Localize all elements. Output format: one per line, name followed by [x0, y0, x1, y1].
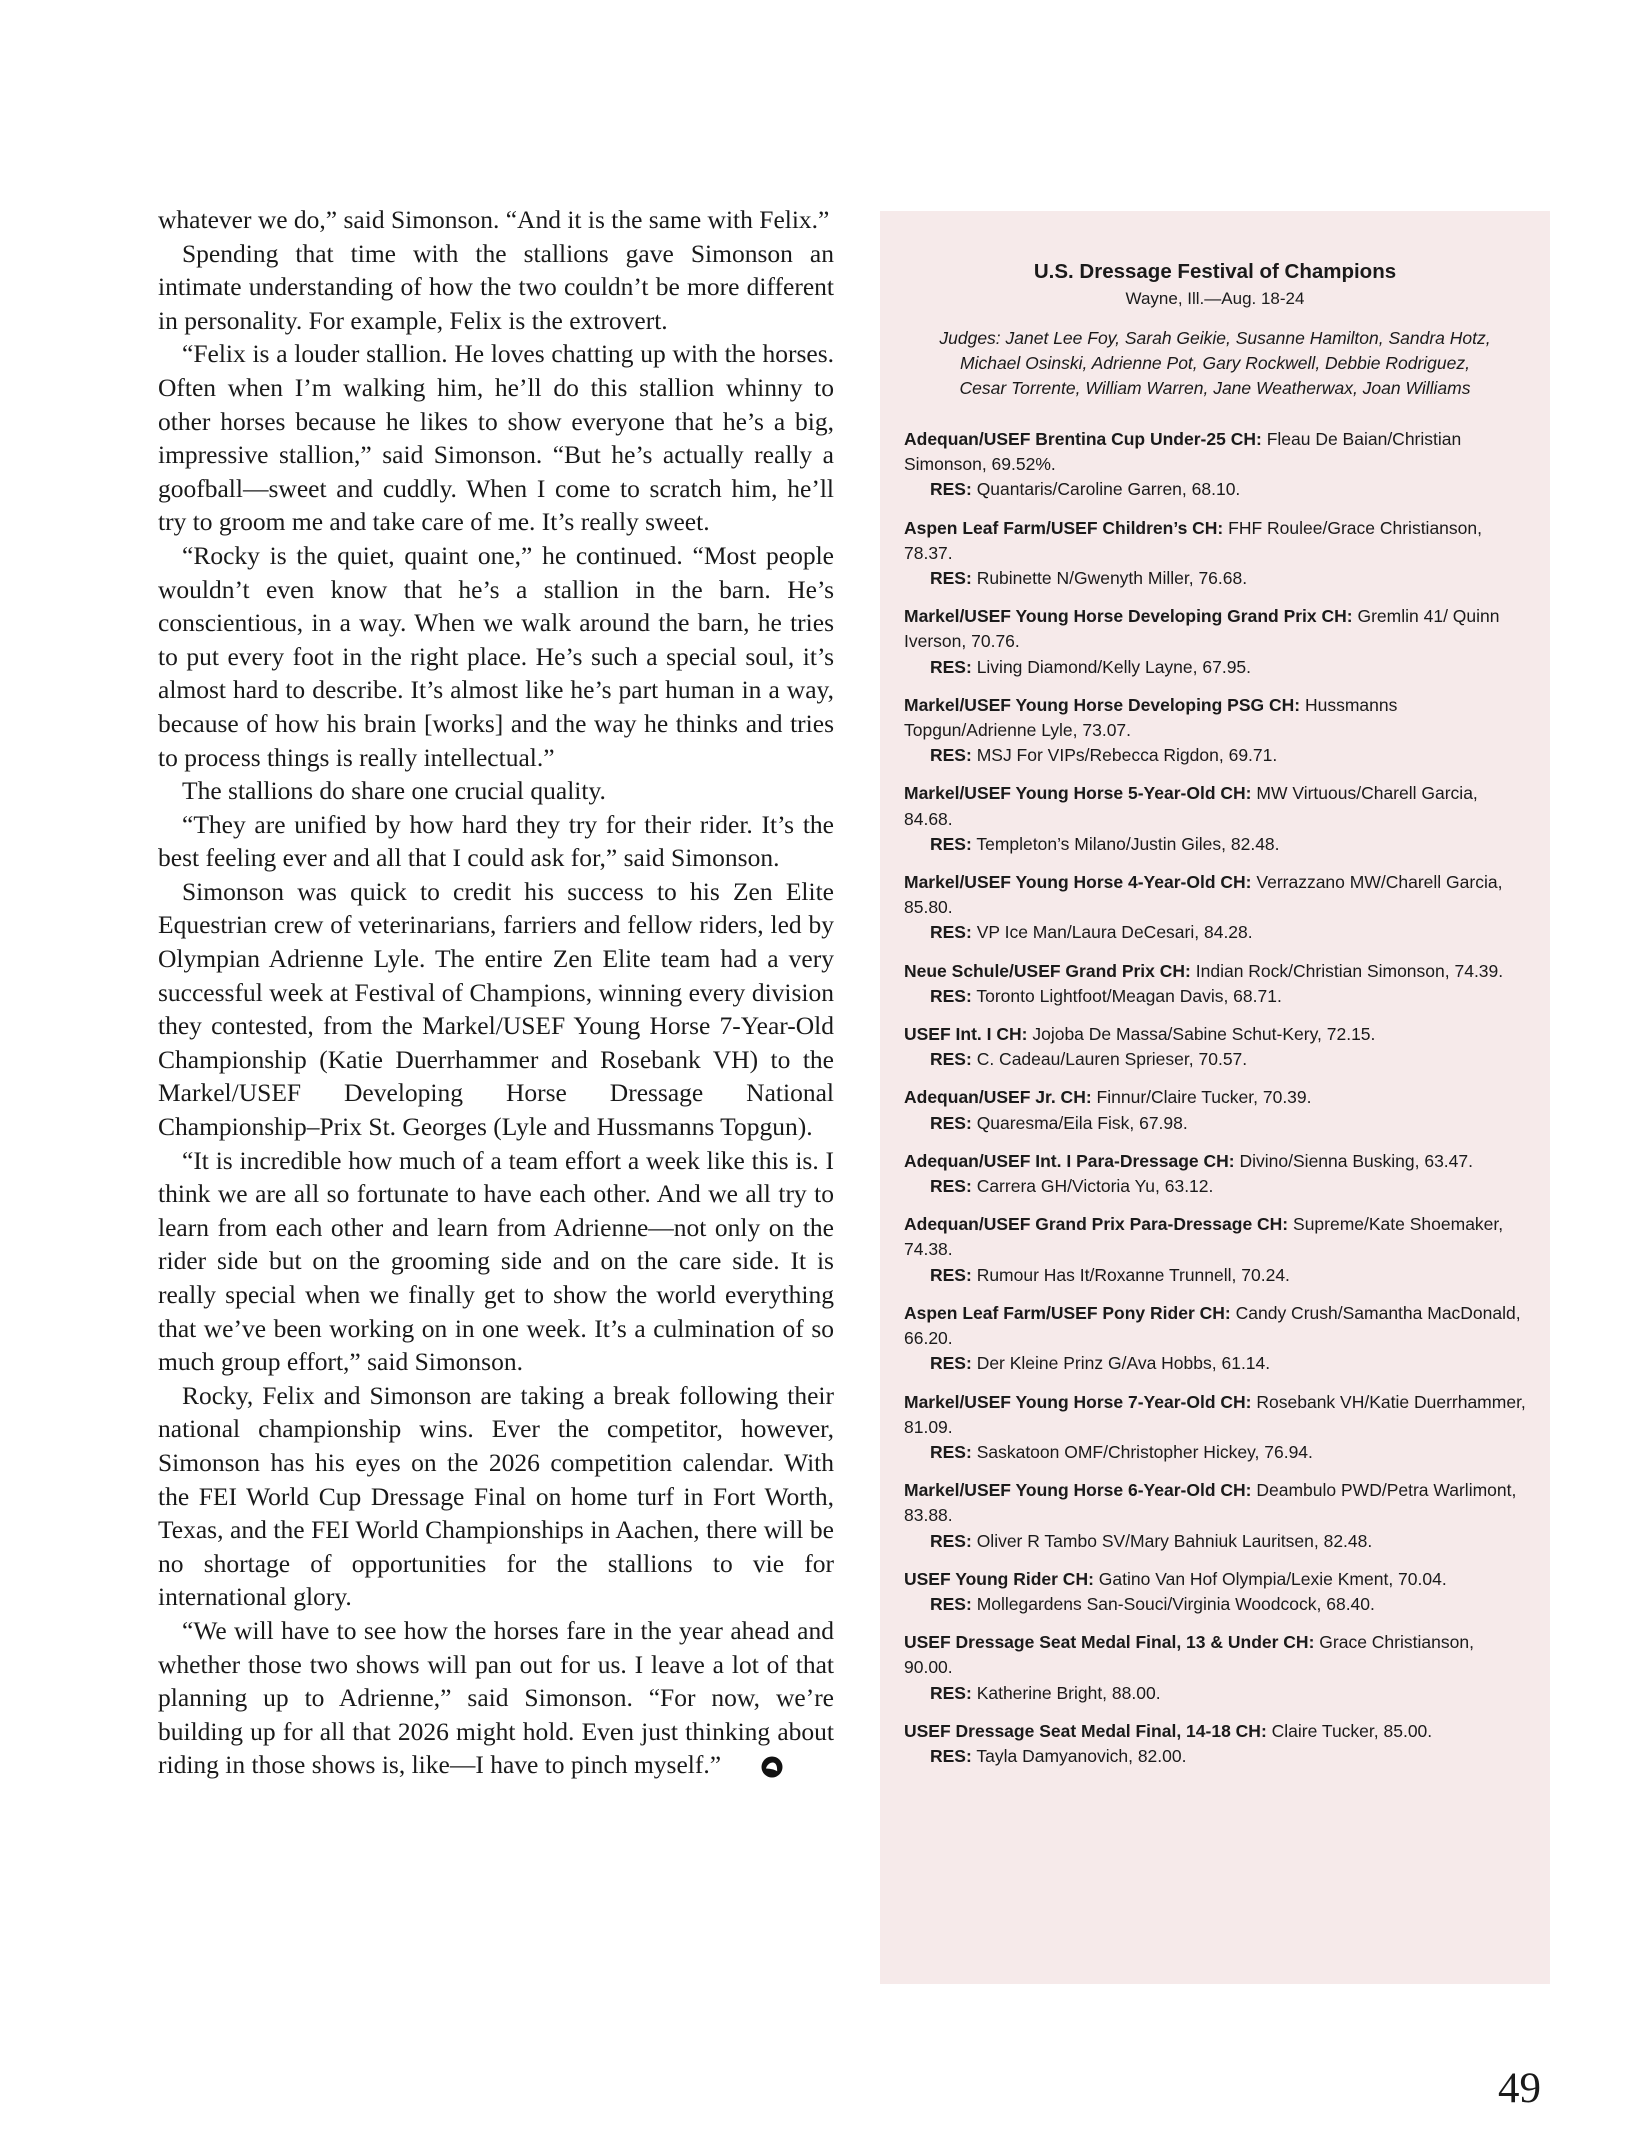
result-entry: Aspen Leaf Farm/USEF Children’s CH: FHF …: [904, 516, 1526, 592]
sidebar-dateline: Wayne, Ill.—Aug. 18-24: [904, 287, 1526, 311]
page-number: 49: [1498, 2064, 1541, 2114]
division-name: Markel/USEF Young Horse Developing PSG C…: [904, 695, 1300, 715]
reserve-label: RES:: [930, 1176, 972, 1196]
reserve-label: RES:: [930, 1442, 972, 1462]
division-name: Markel/USEF Young Horse 6-Year-Old CH:: [904, 1480, 1252, 1500]
reserve: Saskatoon OMF/Christopher Hickey, 76.94.: [977, 1442, 1313, 1462]
result-entry: Adequan/USEF Grand Prix Para-Dressage CH…: [904, 1212, 1526, 1288]
division-name: Adequan/USEF Grand Prix Para-Dressage CH…: [904, 1214, 1288, 1234]
reserve-label: RES:: [930, 986, 972, 1006]
reserve-line: RES: Katherine Bright, 88.00.: [904, 1681, 1526, 1706]
article-last-paragraph: “We will have to see how the horses fare…: [158, 1614, 834, 1782]
reserve: Mollegardens San-Souci/Virginia Woodcock…: [977, 1594, 1375, 1614]
champion: Claire Tucker, 85.00.: [1272, 1721, 1433, 1741]
reserve-label: RES:: [930, 1049, 972, 1069]
reserve-line: RES: C. Cadeau/Lauren Sprieser, 70.57.: [904, 1047, 1526, 1072]
article-paragraph: Rocky, Felix and Simonson are taking a b…: [158, 1379, 834, 1614]
result-entry: USEF Young Rider CH: Gatino Van Hof Olym…: [904, 1567, 1526, 1617]
division-name: USEF Int. I CH:: [904, 1024, 1027, 1044]
reserve: Katherine Bright, 88.00.: [977, 1683, 1161, 1703]
reserve-label: RES:: [930, 1353, 972, 1373]
division-name: Adequan/USEF Brentina Cup Under-25 CH:: [904, 429, 1262, 449]
reserve-label: RES:: [930, 1113, 972, 1133]
reserve-line: RES: Rumour Has It/Roxanne Trunnell, 70.…: [904, 1263, 1526, 1288]
division-name: Aspen Leaf Farm/USEF Children’s CH:: [904, 518, 1223, 538]
article-paragraph: whatever we do,” said Simonson. “And it …: [158, 203, 834, 237]
reserve-label: RES:: [930, 1531, 972, 1551]
division-name: USEF Young Rider CH:: [904, 1569, 1094, 1589]
reserve-label: RES:: [930, 1746, 972, 1766]
magazine-page: whatever we do,” said Simonson. “And it …: [0, 0, 1650, 2150]
division-name: USEF Dressage Seat Medal Final, 14-18 CH…: [904, 1721, 1267, 1741]
reserve: Carrera GH/Victoria Yu, 63.12.: [977, 1176, 1214, 1196]
reserve: Tayla Damyanovich, 82.00.: [976, 1746, 1186, 1766]
champion: Indian Rock/Christian Simonson, 74.39.: [1196, 961, 1503, 981]
reserve: Der Kleine Prinz G/Ava Hobbs, 61.14.: [977, 1353, 1270, 1373]
results-sidebar: U.S. Dressage Festival of Champions Wayn…: [880, 211, 1550, 1984]
reserve: Rumour Has It/Roxanne Trunnell, 70.24.: [977, 1265, 1290, 1285]
result-entry: Adequan/USEF Jr. CH: Finnur/Claire Tucke…: [904, 1085, 1526, 1135]
sidebar-judges: Judges: Janet Lee Foy, Sarah Geikie, Sus…: [935, 326, 1495, 401]
reserve-line: RES: Templeton’s Milano/Justin Giles, 82…: [904, 832, 1526, 857]
division-name: USEF Dressage Seat Medal Final, 13 & Und…: [904, 1632, 1314, 1652]
reserve: MSJ For VIPs/Rebecca Rigdon, 69.71.: [977, 745, 1278, 765]
reserve: Toronto Lightfoot/Meagan Davis, 68.71.: [976, 986, 1281, 1006]
results-list: Adequan/USEF Brentina Cup Under-25 CH: F…: [904, 427, 1526, 1769]
reserve-line: RES: Toronto Lightfoot/Meagan Davis, 68.…: [904, 984, 1526, 1009]
reserve-label: RES:: [930, 1265, 972, 1285]
division-name: Neue Schule/USEF Grand Prix CH:: [904, 961, 1191, 981]
result-entry: Markel/USEF Young Horse Developing PSG C…: [904, 693, 1526, 769]
reserve-line: RES: Living Diamond/Kelly Layne, 67.95.: [904, 655, 1526, 680]
reserve-line: RES: Quaresma/Eila Fisk, 67.98.: [904, 1111, 1526, 1136]
article-paragraph: The stallions do share one crucial quali…: [158, 774, 834, 808]
division-name: Adequan/USEF Jr. CH:: [904, 1087, 1092, 1107]
champion: Finnur/Claire Tucker, 70.39.: [1097, 1087, 1312, 1107]
division-name: Markel/USEF Young Horse Developing Grand…: [904, 606, 1353, 626]
reserve-line: RES: Quantaris/Caroline Garren, 68.10.: [904, 477, 1526, 502]
reserve-line: RES: Carrera GH/Victoria Yu, 63.12.: [904, 1174, 1526, 1199]
reserve: Living Diamond/Kelly Layne, 67.95.: [977, 657, 1251, 677]
reserve: Quantaris/Caroline Garren, 68.10.: [977, 479, 1241, 499]
reserve-label: RES:: [930, 1594, 972, 1614]
reserve-line: RES: Tayla Damyanovich, 82.00.: [904, 1744, 1526, 1769]
result-entry: Markel/USEF Young Horse 7-Year-Old CH: R…: [904, 1390, 1526, 1466]
reserve: C. Cadeau/Lauren Sprieser, 70.57.: [977, 1049, 1247, 1069]
end-of-article-icon: [737, 1753, 759, 1775]
reserve-line: RES: Oliver R Tambo SV/Mary Bahniuk Laur…: [904, 1529, 1526, 1554]
reserve-label: RES:: [930, 834, 972, 854]
reserve-label: RES:: [930, 745, 972, 765]
result-entry: Markel/USEF Young Horse Developing Grand…: [904, 604, 1526, 680]
reserve-line: RES: Saskatoon OMF/Christopher Hickey, 7…: [904, 1440, 1526, 1465]
division-name: Adequan/USEF Int. I Para-Dressage CH:: [904, 1151, 1235, 1171]
champion: Divino/Sienna Busking, 63.47.: [1240, 1151, 1473, 1171]
article-paragraph: “Rocky is the quiet, quaint one,” he con…: [158, 539, 834, 774]
result-entry: Neue Schule/USEF Grand Prix CH: Indian R…: [904, 959, 1526, 1009]
reserve: VP Ice Man/Laura DeCesari, 84.28.: [977, 922, 1253, 942]
division-name: Aspen Leaf Farm/USEF Pony Rider CH:: [904, 1303, 1231, 1323]
reserve-label: RES:: [930, 657, 972, 677]
champion: Gatino Van Hof Olympia/Lexie Kment, 70.0…: [1099, 1569, 1447, 1589]
reserve-label: RES:: [930, 568, 972, 588]
article-paragraph: “They are unified by how hard they try f…: [158, 808, 834, 875]
champion: Jojoba De Massa/Sabine Schut-Kery, 72.15…: [1032, 1024, 1375, 1044]
article-paragraph: “It is incredible how much of a team eff…: [158, 1144, 834, 1379]
result-entry: Markel/USEF Young Horse 4-Year-Old CH: V…: [904, 870, 1526, 946]
reserve: Rubinette N/Gwenyth Miller, 76.68.: [977, 568, 1247, 588]
result-entry: USEF Int. I CH: Jojoba De Massa/Sabine S…: [904, 1022, 1526, 1072]
reserve-line: RES: Mollegardens San-Souci/Virginia Woo…: [904, 1592, 1526, 1617]
article-paragraph-text: “We will have to see how the horses fare…: [158, 1616, 834, 1779]
article-paragraph: “Felix is a louder stallion. He loves ch…: [158, 337, 834, 539]
reserve-line: RES: MSJ For VIPs/Rebecca Rigdon, 69.71.: [904, 743, 1526, 768]
result-entry: USEF Dressage Seat Medal Final, 14-18 CH…: [904, 1719, 1526, 1769]
division-name: Markel/USEF Young Horse 7-Year-Old CH:: [904, 1392, 1252, 1412]
reserve: Templeton’s Milano/Justin Giles, 82.48.: [976, 834, 1279, 854]
result-entry: Aspen Leaf Farm/USEF Pony Rider CH: Cand…: [904, 1301, 1526, 1377]
division-name: Markel/USEF Young Horse 4-Year-Old CH:: [904, 872, 1252, 892]
sidebar-title: U.S. Dressage Festival of Champions: [904, 259, 1526, 285]
result-entry: Markel/USEF Young Horse 5-Year-Old CH: M…: [904, 781, 1526, 857]
reserve-label: RES:: [930, 922, 972, 942]
result-entry: Adequan/USEF Brentina Cup Under-25 CH: F…: [904, 427, 1526, 503]
article-paragraph: Simonson was quick to credit his success…: [158, 875, 834, 1144]
reserve-line: RES: Der Kleine Prinz G/Ava Hobbs, 61.14…: [904, 1351, 1526, 1376]
reserve-label: RES:: [930, 1683, 972, 1703]
result-entry: Adequan/USEF Int. I Para-Dressage CH: Di…: [904, 1149, 1526, 1199]
reserve: Quaresma/Eila Fisk, 67.98.: [977, 1113, 1188, 1133]
article-paragraph: Spending that time with the stallions ga…: [158, 237, 834, 338]
article-body-column: whatever we do,” said Simonson. “And it …: [158, 203, 834, 1782]
reserve-label: RES:: [930, 479, 972, 499]
reserve-line: RES: Rubinette N/Gwenyth Miller, 76.68.: [904, 566, 1526, 591]
result-entry: Markel/USEF Young Horse 6-Year-Old CH: D…: [904, 1478, 1526, 1554]
reserve: Oliver R Tambo SV/Mary Bahniuk Lauritsen…: [977, 1531, 1373, 1551]
result-entry: USEF Dressage Seat Medal Final, 13 & Und…: [904, 1630, 1526, 1706]
division-name: Markel/USEF Young Horse 5-Year-Old CH:: [904, 783, 1252, 803]
reserve-line: RES: VP Ice Man/Laura DeCesari, 84.28.: [904, 920, 1526, 945]
